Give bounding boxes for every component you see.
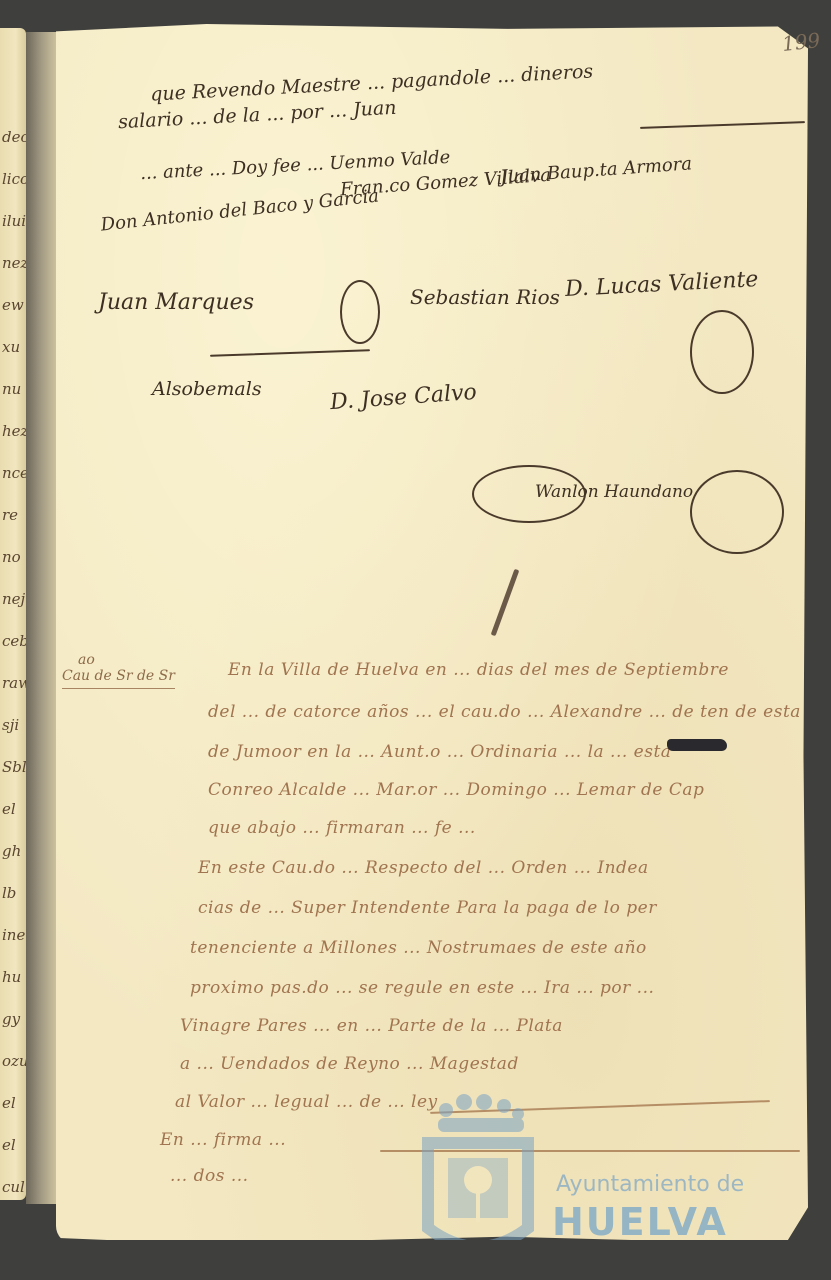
ink-blot: [667, 739, 727, 751]
left-page-fragment: gy: [2, 1010, 20, 1028]
left-page-fragment: Sbl: [2, 758, 26, 776]
left-page-fragment: el: [2, 1094, 16, 1112]
body-line: Conreo Alcalde ... Mar.or ... Domingo ..…: [208, 780, 704, 800]
margin-note: ao Cau de Sr de Sr: [62, 652, 175, 689]
body-line: En este Cau.do ... Respecto del ... Orde…: [198, 858, 649, 878]
scan-background: [0, 1240, 831, 1280]
body-line: de Jumoor en la ... Aunt.o ... Ordinaria…: [208, 742, 671, 762]
signature: Juan Baup.ta Armora: [500, 153, 693, 187]
signature-inverted: Alsobemals: [152, 378, 262, 400]
left-page-fragment: el: [2, 800, 16, 818]
left-page-fragment: hu: [2, 968, 21, 986]
body-line: En ... firma ...: [160, 1130, 286, 1150]
body-line: Vinagre Pares ... en ... Parte de la ...…: [180, 1016, 563, 1036]
left-page-fragment: sji: [2, 716, 19, 734]
rubric-flourish: [690, 470, 784, 554]
left-page-fragment: ceb: [2, 632, 26, 650]
rubric-flourish: [340, 280, 380, 344]
body-line: que abajo ... firmaran ... fe ...: [208, 818, 476, 838]
rubric-flourish: [690, 310, 754, 394]
signature: Wanlon Haundano: [535, 482, 693, 502]
left-page-fragment: gh: [2, 842, 21, 860]
signature: Don Antonio del Baco y Garcia: [100, 185, 380, 235]
body-line: al Valor ... legual ... de ... ley: [175, 1092, 438, 1112]
margin-note-line: ao: [62, 652, 175, 668]
body-line: a ... Uendados de Reyno ... Magestad: [180, 1054, 519, 1074]
left-page-fragment: raw: [2, 674, 26, 692]
watermark-brand: HUELVA: [552, 1200, 728, 1244]
signature-area: que Revendo Maestre ... pagandole ... di…: [0, 0, 831, 620]
signature: D. Jose Calvo: [329, 380, 477, 415]
signature: Sebastian Rios: [410, 285, 560, 309]
body-line: cias de ... Super Intendente Para la pag…: [198, 898, 657, 918]
body-line: del ... de catorce años ... el cau.do ..…: [208, 702, 801, 722]
left-page-fragment: el: [2, 1136, 16, 1154]
left-page-fragment: ine: [2, 926, 25, 944]
signature-underline: [210, 349, 370, 357]
left-page-fragment: lb: [2, 884, 16, 902]
signature: Juan Marques: [98, 290, 254, 315]
header-underline: [640, 121, 805, 129]
left-page-fragment: cul: [2, 1178, 25, 1196]
signature: D. Lucas Valiente: [564, 267, 758, 302]
body-line: ... dos ...: [170, 1166, 249, 1186]
margin-note-line: Cau de Sr de Sr: [62, 668, 175, 689]
body-line: tenenciente a Millones ... Nostrumaes de…: [190, 938, 647, 958]
watermark-text: Ayuntamiento de: [556, 1172, 744, 1197]
left-page-fragment: ozu: [2, 1052, 26, 1070]
body-line: En la Villa de Huelva en ... dias del me…: [228, 660, 729, 680]
body-line: proximo pas.do ... se regule en este ...…: [190, 978, 654, 998]
